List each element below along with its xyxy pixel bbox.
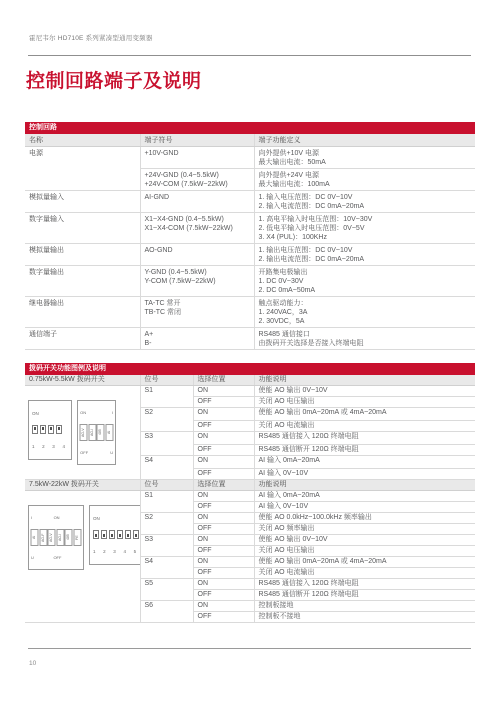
section-bar-dip-switch: 拨码开关功能图例及说明 (25, 363, 475, 375)
dip-switch-diagram-4pos: ON 1 2 3 4 ON I (28, 400, 137, 465)
table-row: 数字量输入 X1~X4-GND (0.4~5.5kW) X1~X4-COM (7… (25, 213, 475, 244)
control-circuit-table: 名称 端子符号 端子功能定义 电源 +10V-GND 向外提供+10V 电源 最… (25, 134, 475, 350)
dip-off-label: OFF (80, 450, 88, 455)
switch-selection: ON (193, 579, 254, 590)
dip-switch-icon (32, 425, 38, 434)
terminal-name: 模拟量输入 (25, 191, 140, 213)
switch-selection: OFF (193, 502, 254, 513)
dip-diagram-cell: ON 1 2 3 4 ON I (25, 386, 140, 480)
switch-selection: ON (193, 386, 254, 397)
switch-position: S1 (140, 386, 193, 408)
terminal-name: 模拟量输出 (25, 244, 140, 266)
terminal-symbol: Y-GND (0.4~5.5kW) Y-COM (7.5kW~22kW) (140, 266, 254, 297)
terminal-definition: 开路集电极输出 1. DC 0V~30V 2. DC 0mA~50mA (254, 266, 475, 297)
switch-function: RS485 通信断开 120Ω 终端电阻 (254, 445, 475, 456)
section-bar-control-circuit: 控制回路 (25, 122, 475, 134)
col-header-function: 功能说明 (254, 375, 475, 386)
switch-function: 关闭 AO 电流输出 (254, 421, 475, 432)
page-number: 10 (29, 660, 36, 667)
terminal-definition: 向外提供+24V 电源 最大输出电流：100mA (254, 169, 475, 191)
col-header-name: 名称 (25, 134, 140, 147)
switch-function: AI 输入 0mA~20mA (254, 491, 475, 502)
switch-position: S4 (140, 456, 193, 480)
switch-selection: ON (193, 535, 254, 546)
terminal-definition: 向外提供+10V 电源 最大输出电流：50mA (254, 147, 475, 169)
dip-switch-label: AO-I (89, 424, 97, 441)
dip-switch-label: 485 (97, 424, 105, 441)
dip-label-top: I ON (31, 515, 81, 520)
switch-function: AI 输入 0mA~20mA (254, 456, 475, 469)
dip-switch-icon (133, 530, 139, 539)
terminal-symbol: AO-GND (140, 244, 254, 266)
switch-selection: ON (193, 491, 254, 502)
dip-label-chips: AO-V AO-I 485 AI (80, 424, 113, 441)
dip-label-top: ON I (80, 410, 113, 415)
dip-switch-label: AO-V (80, 424, 88, 441)
switch-selection: OFF (193, 524, 254, 535)
dip-switch-icon (117, 530, 123, 539)
dip-switch-label: 485 (65, 529, 73, 546)
switch-function: AI 输入 0V~10V (254, 469, 475, 480)
switch-selection: ON (193, 513, 254, 524)
switch-selection: OFF (193, 546, 254, 557)
dip-label-panel: I ON AI AO-F AO-V AO-I 485 PE (28, 505, 84, 570)
switch-position: S3 (140, 535, 193, 557)
switch-selection: ON (193, 557, 254, 568)
table-row: 电源 +10V-GND 向外提供+10V 电源 最大输出电流：50mA (25, 147, 475, 169)
terminal-name: 继电器输出 (25, 297, 140, 328)
dip-switch-icon (109, 530, 115, 539)
col-header-function: 功能说明 (254, 480, 475, 491)
col-header-definition: 端子功能定义 (254, 134, 475, 147)
switch-function: 关闭 AO 电流输出 (254, 568, 475, 579)
dip-label-bottom: OFF U (80, 450, 113, 455)
dip-switch-icon (48, 425, 54, 434)
switch-function: RS485 通信接入 120Ω 终端电阻 (254, 579, 475, 590)
table-row: 继电器输出 TA-TC 常开 TB-TC 常闭 触点驱动能力： 1. 240VA… (25, 297, 475, 328)
terminal-name: 数字量输出 (25, 266, 140, 297)
switch-position: S4 (140, 557, 193, 579)
switch-selection: OFF (193, 590, 254, 601)
switch-position: S3 (140, 432, 193, 456)
switch-function: 控制板不接地 (254, 612, 475, 623)
dip-current-marker: I (112, 410, 113, 415)
switch-function: 关闭 AO 电压输出 (254, 546, 475, 557)
group-header-row: 7.5kW-22kW 拨码开关 位号 选择位置 功能说明 (25, 480, 475, 491)
terminal-symbol: X1~X4-GND (0.4~5.5kW) X1~X4-COM (7.5kW~2… (140, 213, 254, 244)
dip-switch-label: PE (74, 529, 82, 546)
col-header-selection: 选择位置 (193, 375, 254, 386)
dip-voltage-marker: U (31, 555, 34, 560)
dip-switch-numbers: 1 2 3 4 (32, 444, 68, 449)
dip-switch-icon (93, 530, 99, 539)
switch-position: S5 (140, 579, 193, 601)
switch-position: S2 (140, 408, 193, 432)
dip-switches (93, 530, 140, 539)
dip-switch-label: AO-V (48, 529, 56, 546)
col-header-position: 位号 (140, 375, 193, 386)
switch-selection: OFF (193, 397, 254, 408)
switch-selection: OFF (193, 469, 254, 480)
switch-selection: ON (193, 432, 254, 445)
dip-on-label: ON (93, 516, 140, 521)
switch-selection: OFF (193, 445, 254, 456)
switch-function: 使能 AO 输出 0V~10V (254, 386, 475, 397)
switch-position: S6 (140, 601, 193, 623)
dip-switch-label: AI (31, 529, 39, 546)
dip-label-bottom: U OFF (31, 555, 81, 560)
switch-selection: ON (193, 408, 254, 421)
dip-diagram-cell: I ON AI AO-F AO-V AO-I 485 PE (25, 491, 140, 623)
dip-switch-table: 0.75kW-5.5kW 拨码开关 位号 选择位置 功能说明 ON 1 (25, 375, 475, 623)
terminal-symbol: +24V-GND (0.4~5.5kW) +24V-COM (7.5kW~22k… (140, 169, 254, 191)
terminal-symbol: AI-GND (140, 191, 254, 213)
switch-position: S2 (140, 513, 193, 535)
switch-function: RS485 通信断开 120Ω 终端电阻 (254, 590, 475, 601)
switch-function: 关闭 AO 频率输出 (254, 524, 475, 535)
switch-function: 使能 AO 输出 0mA~20mA 或 4mA~20mA (254, 557, 475, 568)
table-row: 数字量输出 Y-GND (0.4~5.5kW) Y-COM (7.5kW~22k… (25, 266, 475, 297)
terminal-name: 通信端子 (25, 328, 140, 350)
switch-position: S1 (140, 491, 193, 513)
group-label: 7.5kW-22kW 拨码开关 (25, 480, 140, 491)
table-row: I ON AI AO-F AO-V AO-I 485 PE (25, 491, 475, 502)
doc-header: 霍尼韦尔 HD710E 系列紧凑型通用变频器 (29, 33, 153, 42)
dip-switch-diagram-6pos: I ON AI AO-F AO-V AO-I 485 PE (28, 505, 137, 570)
table-row: 模拟量输入 AI-GND 1. 输入电压范围：DC 0V~10V 2. 输入电流… (25, 191, 475, 213)
dip-off-label: OFF (53, 555, 61, 560)
terminal-name: 数字量输入 (25, 213, 140, 244)
col-header-position: 位号 (140, 480, 193, 491)
terminal-symbol: +10V-GND (140, 147, 254, 169)
dip-switch-numbers: 1 2 3 4 5 6 (93, 549, 140, 554)
switch-function: 使能 AO 输出 0mA~20mA 或 4mA~20mA (254, 408, 475, 421)
dip-current-marker: I (31, 515, 32, 520)
dip-switch-icon (125, 530, 131, 539)
terminal-definition: 1. 高电平输入时电压范围：10V~30V 2. 低电平输入时电压范围：0V~5… (254, 213, 475, 244)
page-content: 控制回路 名称 端子符号 端子功能定义 电源 +10V-GND 向外提供+10V… (25, 122, 475, 623)
terminal-definition: 触点驱动能力： 1. 240VAC，3A 2. 30VDC，5A (254, 297, 475, 328)
terminal-name: 电源 (25, 147, 140, 191)
dip-switch-label: AI (106, 424, 114, 441)
table-header-row: 名称 端子符号 端子功能定义 (25, 134, 475, 147)
terminal-definition: RS485 通信接口 由拨码开关选择是否接入终端电阻 (254, 328, 475, 350)
terminal-definition: 1. 输入电压范围：DC 0V~10V 2. 输入电流范围：DC 0mA~20m… (254, 191, 475, 213)
dip-on-label: ON (80, 410, 86, 415)
dip-switch-panel: ON 1 2 3 4 (28, 400, 72, 460)
switch-function: AI 输入 0V~10V (254, 502, 475, 513)
dip-on-label: ON (32, 411, 68, 416)
terminal-definition: 1. 输出电压范围：DC 0V~10V 2. 输出电流范围：DC 0mA~20m… (254, 244, 475, 266)
group-header-row: 0.75kW-5.5kW 拨码开关 位号 选择位置 功能说明 (25, 375, 475, 386)
switch-function: 控制板接地 (254, 601, 475, 612)
dip-label-chips: AI AO-F AO-V AO-I 485 PE (31, 529, 81, 546)
footer-divider (28, 648, 471, 649)
dip-switch-icon (40, 425, 46, 434)
switch-function: 关闭 AO 电压输出 (254, 397, 475, 408)
table-row: 模拟量输出 AO-GND 1. 输出电压范围：DC 0V~10V 2. 输出电流… (25, 244, 475, 266)
dip-switch-panel: ON 1 2 3 4 5 6 (89, 505, 140, 565)
dip-switch-icon (101, 530, 107, 539)
switch-selection: ON (193, 456, 254, 469)
switch-function: 使能 AO 输出 0V~10V (254, 535, 475, 546)
dip-on-label: ON (54, 515, 60, 520)
dip-switch-label: AO-F (40, 529, 48, 546)
col-header-symbol: 端子符号 (140, 134, 254, 147)
table-row: ON 1 2 3 4 ON I (25, 386, 475, 397)
dip-switch-label: AO-I (57, 529, 65, 546)
switch-selection: ON (193, 601, 254, 612)
switch-selection: OFF (193, 421, 254, 432)
dip-voltage-marker: U (110, 450, 113, 455)
terminal-symbol: A+ B- (140, 328, 254, 350)
header-divider (28, 55, 471, 56)
switch-function: 使能 AO 0.0kHz~100.0kHz 频率输出 (254, 513, 475, 524)
col-header-selection: 选择位置 (193, 480, 254, 491)
switch-selection: OFF (193, 612, 254, 623)
switch-selection: OFF (193, 568, 254, 579)
page-title: 控制回路端子及说明 (26, 66, 202, 93)
terminal-symbol: TA-TC 常开 TB-TC 常闭 (140, 297, 254, 328)
dip-label-panel: ON I AO-V AO-I 485 AI OFF U (77, 400, 116, 465)
switch-function: RS485 通信接入 120Ω 终端电阻 (254, 432, 475, 445)
group-label: 0.75kW-5.5kW 拨码开关 (25, 375, 140, 386)
dip-switches (32, 425, 68, 434)
table-row: 通信端子 A+ B- RS485 通信接口 由拨码开关选择是否接入终端电阻 (25, 328, 475, 350)
dip-switch-icon (56, 425, 62, 434)
